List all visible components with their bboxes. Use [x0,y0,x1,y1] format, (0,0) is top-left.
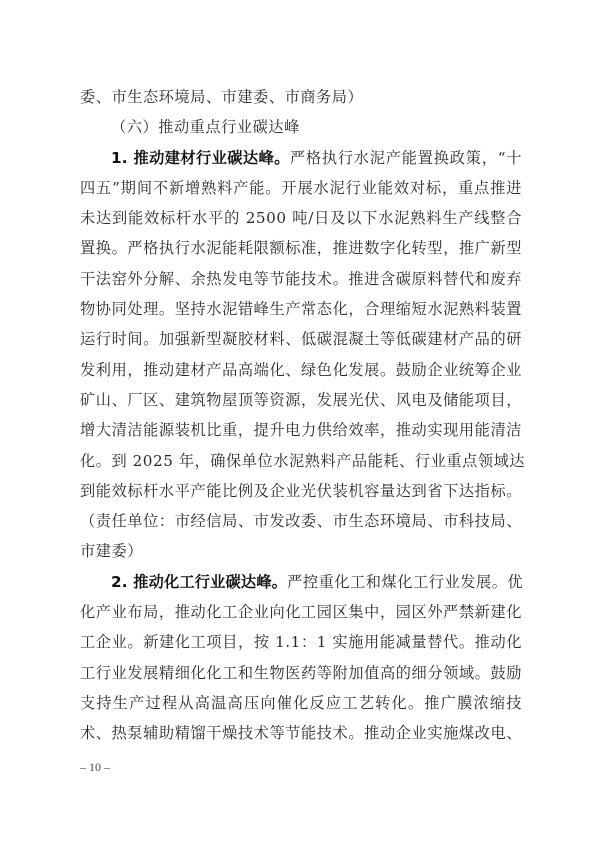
text-line: 置换。严格执行水泥能耗限额标准，推进数字化转型，推广新型 [80,233,522,263]
line-text: 矿山、厂区、建筑物屋顶等资源，发展光伏、风电及储能项目， [80,391,522,409]
paragraph-chemical-start: 2. 推动化工行业碳达峰。严控重化工和煤化工行业发展。优 [80,567,522,597]
text-line: 发利用，推动建材产品高端化、绿色化发展。鼓励企业统筹企业 [80,355,522,385]
line-text: 化。到 2025 年，确保单位水泥熟料产品能耗、行业重点领域达 [80,452,525,470]
line-text: 发利用，推动建材产品高端化、绿色化发展。鼓励企业统筹企业 [80,361,522,379]
document-body: 委、市生态环境局、市建委、市商务局） （六）推动重点行业碳达峰 1. 推动建材行… [80,82,522,749]
text-line: 化。到 2025 年，确保单位水泥熟料产品能耗、行业重点领域达 [80,446,522,476]
heading-text: （六）推动重点行业碳达峰 [111,118,300,136]
text-line-continuation: 委、市生态环境局、市建委、市商务局） [80,82,522,112]
line-text: 未达到能效标杆水平的 2500 吨/日及以下水泥熟料生产线整合 [80,209,522,227]
text-line: 物协同处理。坚持水泥错峰生产常态化，合理缩短水泥熟料装置 [80,294,522,324]
text-line: 工行业发展精细化化工和生物医药等附加值高的细分领域。鼓励 [80,658,522,688]
page-number: – 10 – [80,760,110,775]
text-line: 工企业。新建化工项目，按 1.1：1 实施用能减量替代。推动化 [80,627,522,657]
line-text: 工行业发展精细化化工和生物医药等附加值高的细分领域。鼓励 [80,664,522,682]
section-heading: （六）推动重点行业碳达峰 [80,112,522,142]
line-text: 术、热泵辅助精馏干燥技术等节能技术。推动企业实施煤改电、 [80,724,522,742]
line-text: 运行时间。加强新型凝胶材料、低碳混凝土等低碳建材产品的研 [80,330,522,348]
text-line: 到能效标杆水平产能比例及企业光伏装机容量达到省下达指标。 [80,476,522,506]
line-text: 工企业。新建化工项目，按 1.1：1 实施用能减量替代。推动化 [80,633,522,651]
line-text: 支持生产过程从高温高压向催化反应工艺转化。推广膜浓缩技 [80,694,522,712]
line-text: 严控重化工和煤化工行业发展。优 [287,573,523,591]
line-text: 市建委） [80,542,143,560]
text-line: 化产业布局，推动化工企业向化工园区集中，园区外严禁新建化 [80,597,522,627]
text-line: 四五”期间不新增熟料产能。开展水泥行业能效对标，重点推进 [80,173,522,203]
text-line: 未达到能效标杆水平的 2500 吨/日及以下水泥熟料生产线整合 [80,203,522,233]
text-line: 支持生产过程从高温高压向催化反应工艺转化。推广膜浓缩技 [80,688,522,718]
line-text: 物协同处理。坚持水泥错峰生产常态化，合理缩短水泥熟料装置 [80,300,522,318]
subheading-building-materials: 1. 推动建材行业碳达峰。 [111,149,290,167]
line-text: 到能效标杆水平产能比例及企业光伏装机容量达到省下达指标。 [80,482,522,500]
text-line: 运行时间。加强新型凝胶材料、低碳混凝土等低碳建材产品的研 [80,324,522,354]
line-text: 增大清洁能源装机比重，提升电力供给效率，推动实现用能清洁 [80,421,522,439]
line-text: 置换。严格执行水泥能耗限额标准，推进数字化转型，推广新型 [80,239,522,257]
line-text: 严格执行水泥产能置换政策，“十 [290,149,522,167]
text-line: 术、热泵辅助精馏干燥技术等节能技术。推动企业实施煤改电、 [80,718,522,748]
line-text: 四五”期间不新增熟料产能。开展水泥行业能效对标，重点推进 [80,179,522,197]
line-text: 委、市生态环境局、市建委、市商务局） [80,88,363,106]
line-text: 化产业布局，推动化工企业向化工园区集中，园区外严禁新建化 [80,603,522,621]
responsible-units: （责任单位：市经信局、市发改委、市生态环境局、市科技局、 [80,506,522,536]
line-text: （责任单位：市经信局、市发改委、市生态环境局、市科技局、 [80,512,522,530]
line-text: 干法窑外分解、余热发电等节能技术。推进含碳原料替代和废弃 [80,270,522,288]
subheading-chemical: 2. 推动化工行业碳达峰。 [111,573,287,591]
paragraph-building-materials-start: 1. 推动建材行业碳达峰。严格执行水泥产能置换政策，“十 [80,143,522,173]
responsible-units-end: 市建委） [80,536,522,566]
text-line: 增大清洁能源装机比重，提升电力供给效率，推动实现用能清洁 [80,415,522,445]
text-line: 干法窑外分解、余热发电等节能技术。推进含碳原料替代和废弃 [80,264,522,294]
text-line: 矿山、厂区、建筑物屋顶等资源，发展光伏、风电及储能项目， [80,385,522,415]
